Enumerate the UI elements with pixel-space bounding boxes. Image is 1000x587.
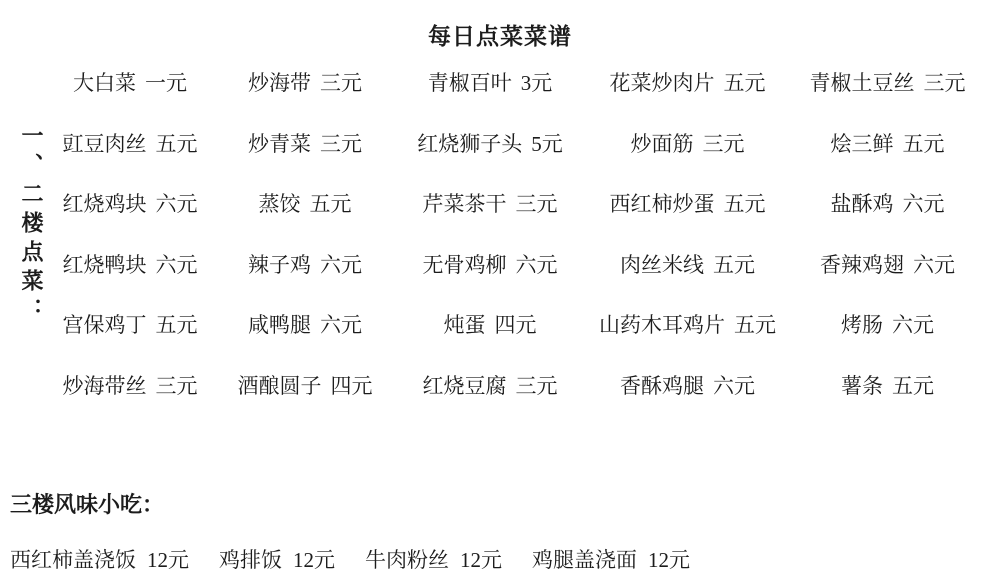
snacks-section-header: 三楼风味小吃： [10, 488, 164, 519]
dish-name: 薯条 [841, 370, 883, 400]
menu-row: 豇豆肉丝五元 炒青菜三元 红烧狮子头5元 炒面筋三元 烩三鲜五元 [45, 113, 985, 174]
dish-name: 香酥鸡腿 [620, 370, 704, 400]
dish-price: 12元 [648, 544, 690, 574]
dish-name: 宫保鸡丁 [63, 309, 147, 339]
dish-price: 三元 [516, 188, 558, 218]
dish-price: 三元 [156, 370, 198, 400]
dish-name: 青椒土豆丝 [810, 67, 915, 97]
dish-name: 西红柿炒蛋 [610, 188, 715, 218]
menu-item: 鸡排饭12元 [219, 544, 335, 574]
dish-name: 蒸饺 [259, 188, 301, 218]
dish-price: 六元 [320, 249, 362, 279]
dish-name: 青椒百叶 [428, 67, 512, 97]
dish-price: 五元 [903, 128, 945, 158]
dish-name: 红烧鸭块 [63, 249, 147, 279]
dish-name: 红烧豆腐 [423, 370, 507, 400]
dish-name: 无骨鸡柳 [423, 249, 507, 279]
dish-name: 鸡排饭 [219, 544, 282, 574]
dish-price: 六元 [516, 249, 558, 279]
dish-name: 烩三鲜 [831, 128, 894, 158]
dish-price: 5元 [531, 128, 563, 158]
menu-item: 烩三鲜五元 [790, 128, 985, 158]
menu-grid: 大白菜一元 炒海带三元 青椒百叶3元 花菜炒肉片五元 青椒土豆丝三元 豇豆肉丝五… [45, 52, 985, 415]
dish-price: 四元 [495, 309, 537, 339]
dish-name: 芹菜茶干 [423, 188, 507, 218]
menu-item: 红烧鸭块六元 [45, 249, 215, 279]
dish-name: 红烧鸡块 [63, 188, 147, 218]
dish-name: 酒酿圆子 [238, 370, 322, 400]
dish-price: 六元 [320, 309, 362, 339]
dish-name: 山药木耳鸡片 [599, 309, 725, 339]
menu-item: 西红柿炒蛋五元 [585, 188, 790, 218]
menu-item: 山药木耳鸡片五元 [585, 309, 790, 339]
menu-item: 烤肠六元 [790, 309, 985, 339]
dish-name: 炒面筋 [631, 128, 694, 158]
menu-item: 肉丝米线五元 [585, 249, 790, 279]
menu-item: 炒海带丝三元 [45, 370, 215, 400]
dish-name: 鸡腿盖浇面 [532, 544, 637, 574]
menu-item: 蒸饺五元 [215, 188, 395, 218]
dish-name: 大白菜 [73, 67, 136, 97]
dish-price: 五元 [156, 309, 198, 339]
menu-item: 红烧狮子头5元 [395, 128, 585, 158]
dish-price: 12元 [147, 544, 189, 574]
dish-name: 西红柿盖浇饭 [10, 544, 136, 574]
menu-document: 每日点菜菜谱 一、二楼点菜： 大白菜一元 炒海带三元 青椒百叶3元 花菜炒肉片五… [0, 0, 1000, 587]
menu-item: 香辣鸡翅六元 [790, 249, 985, 279]
dish-name: 牛肉粉丝 [365, 544, 449, 574]
menu-item: 芹菜茶干三元 [395, 188, 585, 218]
floor-section-label: 一、二楼点菜： [20, 124, 42, 327]
dish-name: 咸鸭腿 [248, 309, 311, 339]
dish-name: 辣子鸡 [248, 249, 311, 279]
menu-item: 豇豆肉丝五元 [45, 128, 215, 158]
menu-item: 大白菜一元 [45, 67, 215, 97]
menu-item: 宫保鸡丁五元 [45, 309, 215, 339]
dish-price: 五元 [734, 309, 776, 339]
menu-item: 炒青菜三元 [215, 128, 395, 158]
dish-price: 三元 [516, 370, 558, 400]
dish-price: 五元 [724, 188, 766, 218]
dish-price: 五元 [892, 370, 934, 400]
dish-price: 五元 [724, 67, 766, 97]
menu-item: 无骨鸡柳六元 [395, 249, 585, 279]
dish-price: 三元 [924, 67, 966, 97]
dish-name: 肉丝米线 [620, 249, 704, 279]
dish-price: 四元 [331, 370, 373, 400]
dish-name: 炒青菜 [248, 128, 311, 158]
menu-item: 炖蛋四元 [395, 309, 585, 339]
dish-price: 12元 [460, 544, 502, 574]
dish-name: 红烧狮子头 [417, 128, 522, 158]
dish-price: 五元 [156, 128, 198, 158]
dish-name: 炒海带 [248, 67, 311, 97]
menu-item: 花菜炒肉片五元 [585, 67, 790, 97]
menu-item: 青椒土豆丝三元 [790, 67, 985, 97]
dish-name: 烤肠 [841, 309, 883, 339]
dish-name: 炒海带丝 [63, 370, 147, 400]
dish-price: 三元 [320, 128, 362, 158]
menu-item: 酒酿圆子四元 [215, 370, 395, 400]
page-title: 每日点菜菜谱 [0, 18, 1000, 51]
menu-item: 薯条五元 [790, 370, 985, 400]
menu-item: 香酥鸡腿六元 [585, 370, 790, 400]
menu-item: 鸡腿盖浇面12元 [532, 544, 690, 574]
dish-price: 一元 [145, 67, 187, 97]
dish-name: 花菜炒肉片 [610, 67, 715, 97]
menu-row: 炒海带丝三元 酒酿圆子四元 红烧豆腐三元 香酥鸡腿六元 薯条五元 [45, 355, 985, 416]
menu-row: 大白菜一元 炒海带三元 青椒百叶3元 花菜炒肉片五元 青椒土豆丝三元 [45, 52, 985, 113]
menu-item: 炒面筋三元 [585, 128, 790, 158]
menu-item: 咸鸭腿六元 [215, 309, 395, 339]
dish-price: 六元 [892, 309, 934, 339]
dish-price: 六元 [156, 188, 198, 218]
menu-row: 红烧鸭块六元 辣子鸡六元 无骨鸡柳六元 肉丝米线五元 香辣鸡翅六元 [45, 234, 985, 295]
dish-price: 三元 [320, 67, 362, 97]
dish-price: 3元 [521, 67, 553, 97]
menu-item: 炒海带三元 [215, 67, 395, 97]
dish-name: 炖蛋 [444, 309, 486, 339]
menu-item: 青椒百叶3元 [395, 67, 585, 97]
dish-name: 香辣鸡翅 [820, 249, 904, 279]
dish-price: 五元 [310, 188, 352, 218]
dish-price: 六元 [713, 370, 755, 400]
menu-item: 辣子鸡六元 [215, 249, 395, 279]
menu-item: 西红柿盖浇饭12元 [10, 544, 189, 574]
menu-item: 红烧豆腐三元 [395, 370, 585, 400]
dish-name: 豇豆肉丝 [63, 128, 147, 158]
menu-item: 盐酥鸡六元 [790, 188, 985, 218]
dish-price: 五元 [713, 249, 755, 279]
dish-name: 盐酥鸡 [831, 188, 894, 218]
menu-item: 红烧鸡块六元 [45, 188, 215, 218]
dish-price: 六元 [913, 249, 955, 279]
menu-row: 红烧鸡块六元 蒸饺五元 芹菜茶干三元 西红柿炒蛋五元 盐酥鸡六元 [45, 173, 985, 234]
menu-item: 牛肉粉丝12元 [365, 544, 502, 574]
dish-price: 六元 [903, 188, 945, 218]
dish-price: 六元 [156, 249, 198, 279]
dish-price: 12元 [293, 544, 335, 574]
dish-price: 三元 [703, 128, 745, 158]
snacks-row: 西红柿盖浇饭12元 鸡排饭12元 牛肉粉丝12元 鸡腿盖浇面12元 [10, 544, 720, 574]
menu-row: 宫保鸡丁五元 咸鸭腿六元 炖蛋四元 山药木耳鸡片五元 烤肠六元 [45, 294, 985, 355]
